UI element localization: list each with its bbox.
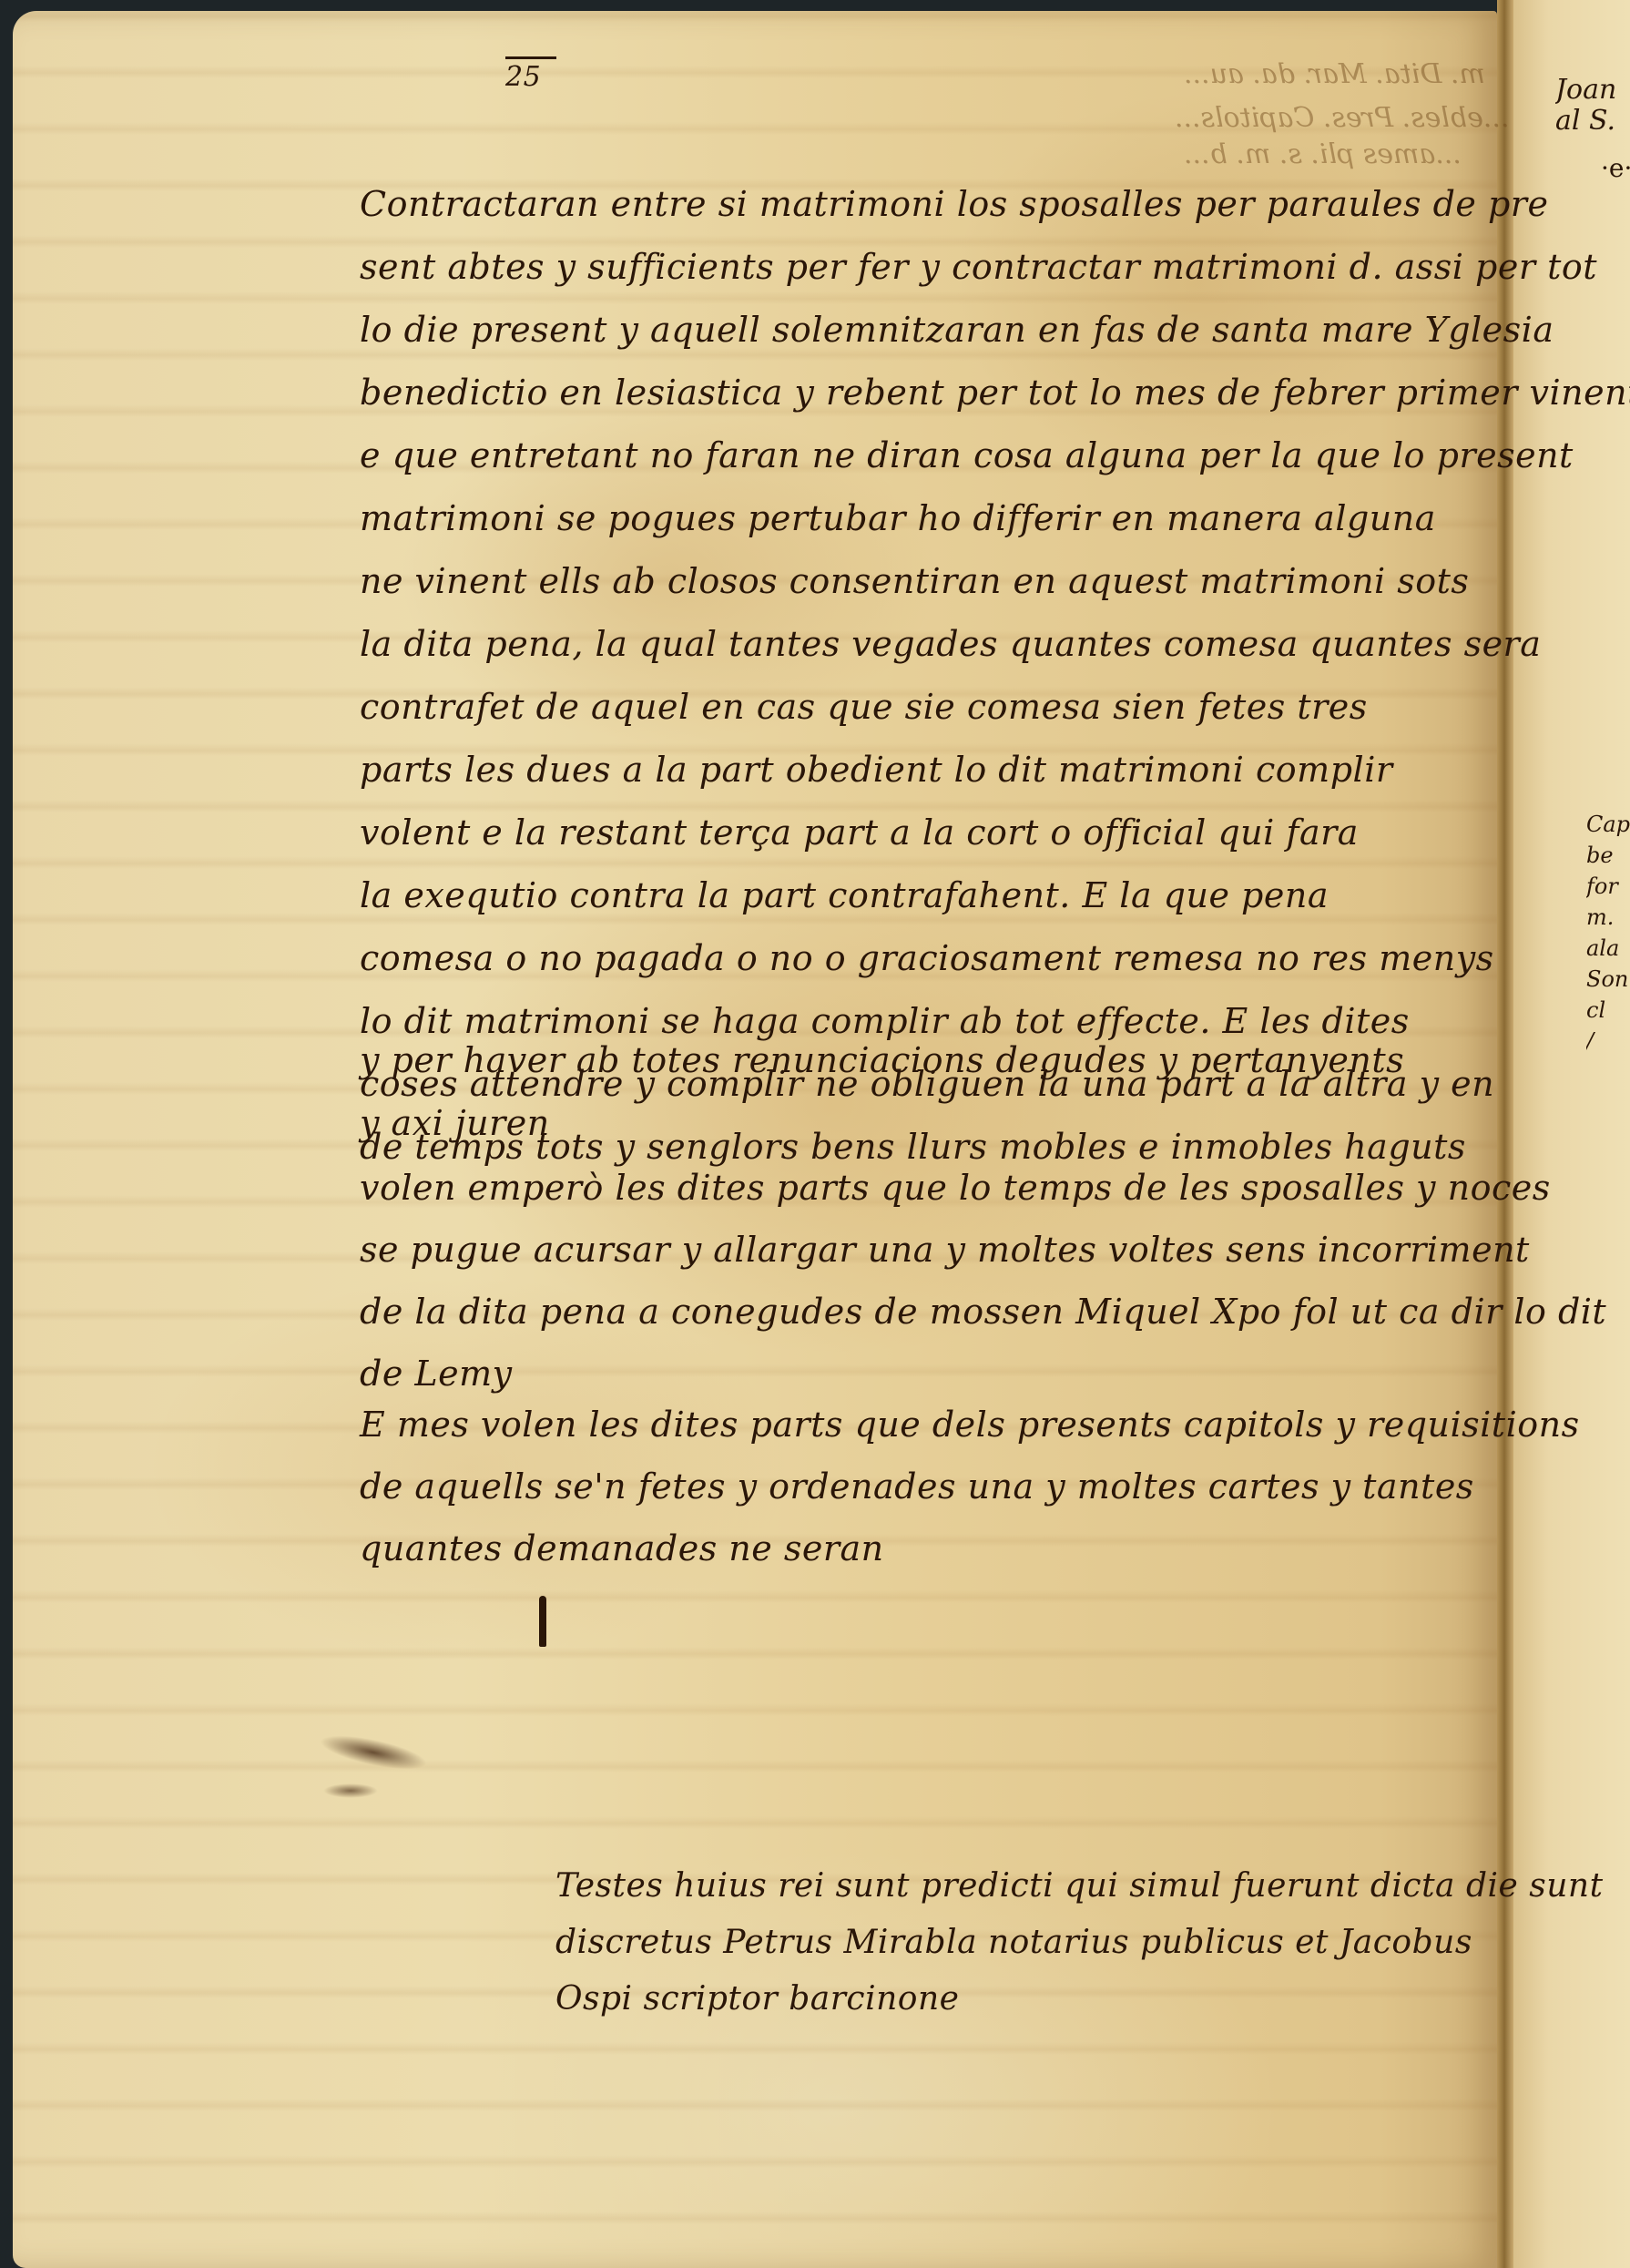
- paragraph-time-extension: volen emperò les dites parts que lo temp…: [360, 1157, 1484, 1405]
- text-line: quantes demanades ne seran: [360, 1517, 1484, 1579]
- text-line: e que entretant no faran ne diran cosa a…: [360, 424, 1484, 487]
- text-line: de la dita pena a conegudes de mossen Mi…: [360, 1281, 1484, 1343]
- text-line: lo die present y aquell solemnitzaran en…: [360, 299, 1484, 362]
- text-line: volent e la restant terça part a la cort…: [360, 802, 1484, 864]
- bleed-through-line: ...ames pli. s. m. b...: [1184, 138, 1462, 170]
- text-line: ne vinent ells ab closos consentiran en …: [360, 550, 1484, 613]
- margin-note-top: Joan al S.: [1555, 75, 1630, 137]
- text-line: sent abtes y sufficients per fer y contr…: [360, 236, 1484, 299]
- text-line: de aquells se'n fetes y ordenades una y …: [360, 1456, 1484, 1517]
- text-line: contrafet de aquel en cas que sie comesa…: [360, 676, 1484, 739]
- margin-note-line: cl: [1586, 995, 1630, 1026]
- margin-note-line: ala: [1586, 933, 1630, 964]
- text-line: discretus Petrus Mirabla notarius public…: [555, 1915, 1475, 1971]
- paragraph-marriage-terms-end: y per haver ab totes renunciacions degud…: [360, 1029, 1484, 1155]
- ink-smudge: [323, 1783, 378, 1798]
- margin-note-line: Son: [1586, 964, 1630, 995]
- margin-note-line: al S.: [1555, 106, 1630, 137]
- text-line: y axi juren: [360, 1092, 1484, 1155]
- text-line: la dita pena, la qual tantes vegades qua…: [360, 613, 1484, 676]
- margin-note-line: /: [1586, 1026, 1630, 1057]
- text-line: parts les dues a la part obedient lo dit…: [360, 739, 1484, 802]
- text-line: comesa o no pagada o no o graciosament r…: [360, 927, 1484, 990]
- text-line: la exequtio contra la part contrafahent.…: [360, 864, 1484, 927]
- text-line: volen emperò les dites parts que lo temp…: [360, 1157, 1484, 1219]
- text-line: benedictio en lesiastica y rebent per to…: [360, 362, 1484, 424]
- text-line: E mes volen les dites parts que dels pre…: [360, 1394, 1484, 1456]
- text-line: se pugue acursar y allargar una y moltes…: [360, 1219, 1484, 1281]
- text-line: Ospi scriptor barcinone: [555, 1971, 1475, 2028]
- margin-note-line: Joan: [1555, 75, 1630, 106]
- margin-note-mid: Cap. be for m. ala Son cl /: [1586, 809, 1630, 1057]
- text-line: Contractaran entre si matrimoni los spos…: [360, 173, 1484, 236]
- folio-number: 25: [505, 56, 556, 93]
- margin-note-line: Cap.: [1586, 809, 1630, 840]
- margin-note-line: m.: [1586, 902, 1630, 933]
- witness-clause: Testes huius rei sunt predicti qui simul…: [555, 1858, 1475, 2028]
- paragraph-marriage-terms: Contractaran entre si matrimoni los spos…: [360, 173, 1484, 1179]
- bleed-through-line: m. Dita. Mar. da. au...: [1184, 58, 1485, 90]
- text-line: matrimoni se pogues pertubar ho differir…: [360, 487, 1484, 550]
- paragraph-copies-clause: E mes volen les dites parts que dels pre…: [360, 1394, 1484, 1579]
- paraph-mark-icon: ·e·: [1601, 153, 1630, 183]
- cross-mark-icon: [539, 1596, 546, 1647]
- margin-note-line: be: [1586, 840, 1630, 871]
- text-line: Testes huius rei sunt predicti qui simul…: [555, 1858, 1475, 1915]
- text-line: y per haver ab totes renunciacions degud…: [360, 1029, 1484, 1092]
- manuscript-scan: 25 m. Dita. Mar. da. au... ...ebles. Pre…: [0, 0, 1630, 2268]
- bleed-through-line: ...ebles. Pres. Capitols...: [1175, 102, 1510, 134]
- margin-note-line: for: [1586, 871, 1630, 902]
